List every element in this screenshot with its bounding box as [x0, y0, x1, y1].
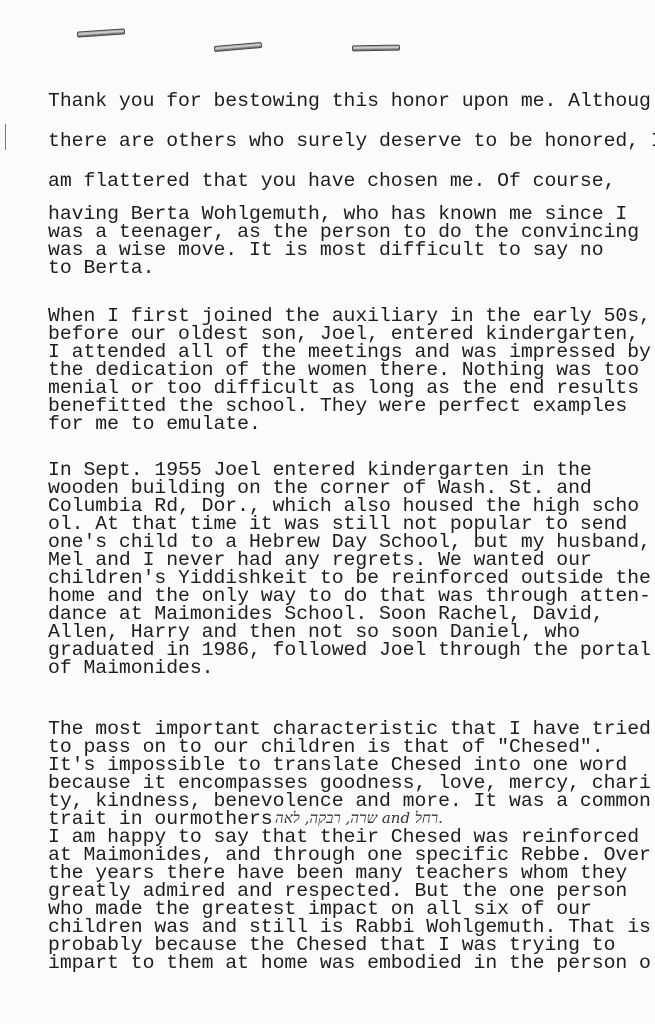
text-line: to Berta. — [48, 258, 154, 278]
text-line: for me to emulate. — [48, 414, 261, 434]
staple-mark — [352, 45, 400, 52]
text-line: there are others who surely deserve to b… — [48, 131, 655, 151]
staple-mark — [77, 28, 125, 37]
text-line: of Maimonides. — [48, 658, 214, 678]
text-line: am flattered that you have chosen me. Of… — [48, 171, 615, 191]
staple-mark — [214, 42, 262, 52]
document-page: Thank you for bestowing this honor upon … — [0, 0, 655, 1024]
margin-mark — [5, 124, 6, 150]
text-line: impart to them at home was embodied in t… — [48, 953, 651, 973]
text-line: Thank you for bestowing this honor upon … — [48, 91, 651, 111]
